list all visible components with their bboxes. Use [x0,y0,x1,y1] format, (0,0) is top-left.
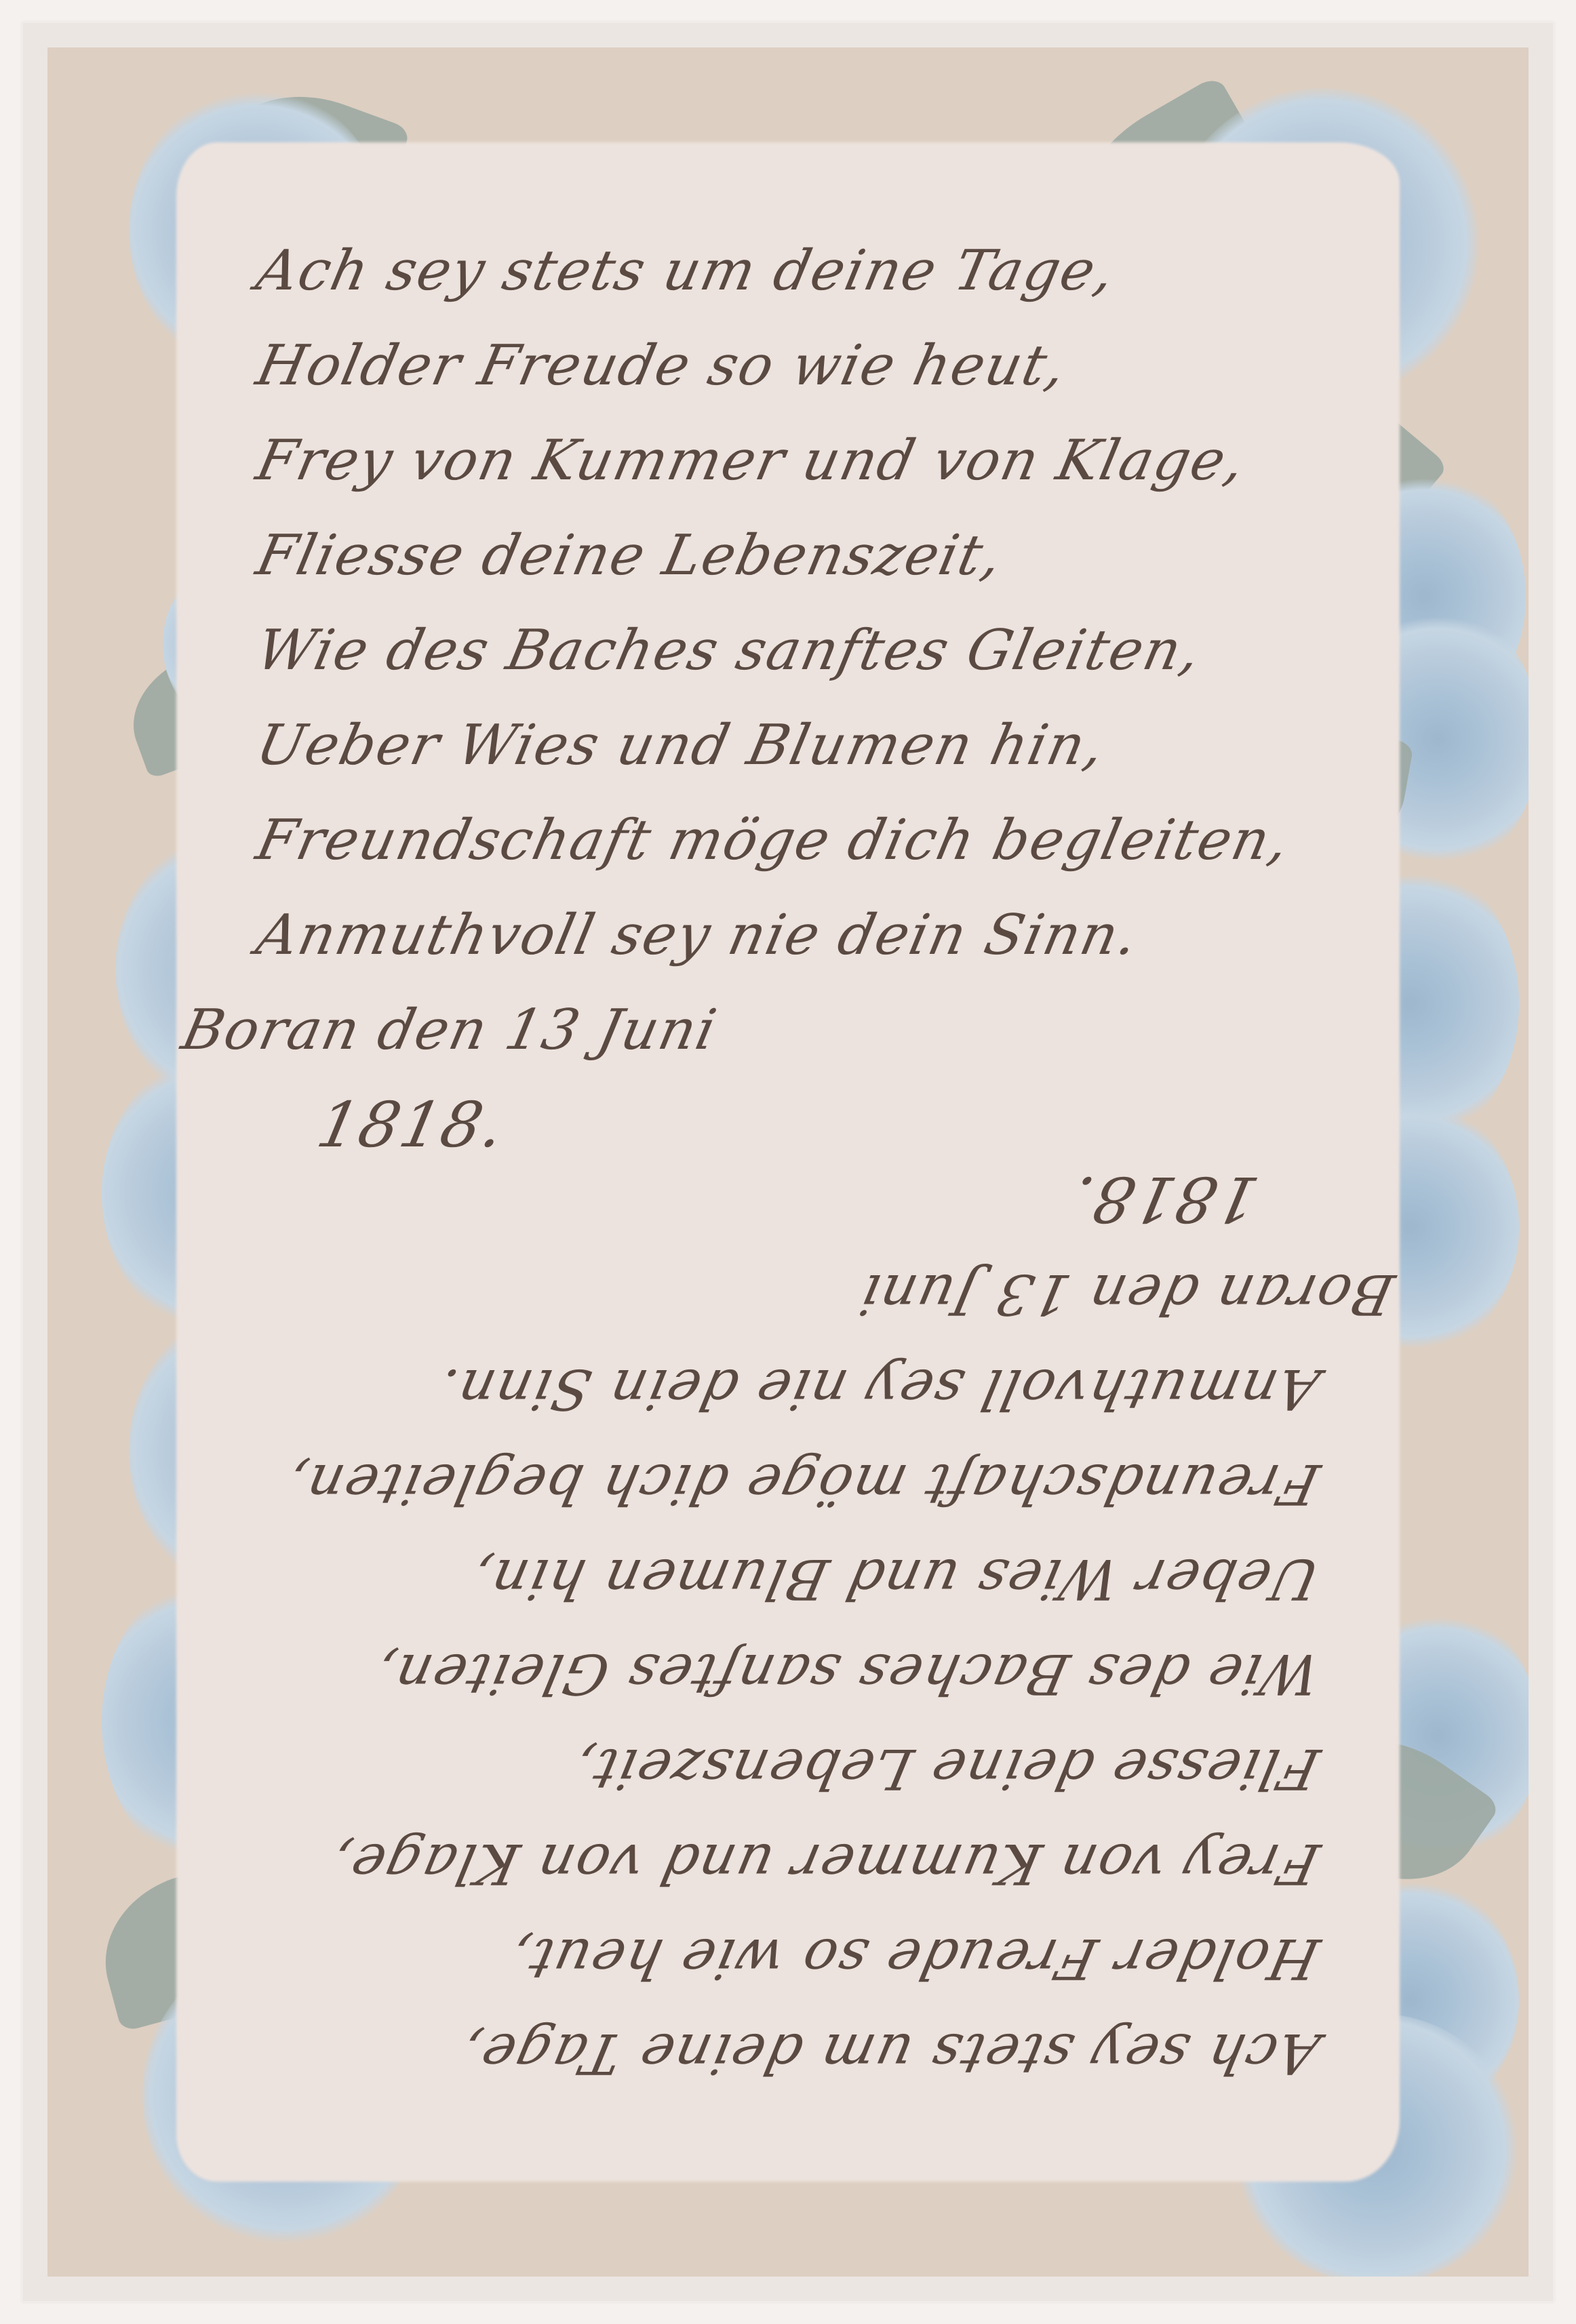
poem-line-3: Frey von Kummer und von Klage, [277,1816,1328,1910]
poem-line-4: Fliesse deine Lebenszeit, [277,1721,1328,1816]
poem-line-5: Wie des Baches sanftes Gleiten, [277,1626,1328,1721]
poem-date: Boran den 13 Juni [277,1246,1403,1341]
rug-border-field: Ach sey stets um deine Tage, Holder Freu… [47,47,1529,2277]
poem-line-2: Holder Freude so wie heut, [277,1910,1328,2005]
poem-line-1: Ach sey stets um deine Tage, [277,2005,1328,2100]
poem-inverted: Ach sey stets um deine Tage, Holder Freu… [288,1151,1318,2100]
poem-line-6: Ueber Wies und Blumen hin, [277,1531,1328,1626]
poem-line-8: Anmuthvoll sey nie dein Sinn. [277,1341,1328,1436]
poem-year: 1818. [277,1151,1267,1246]
poem-line-7: Freundschaft möge dich begleiten, [277,1436,1328,1531]
rug: Ach sey stets um deine Tage, Holder Freu… [20,20,1556,2304]
poem-inverted-wrapper: Ach sey stets um deine Tage, Holder Freu… [47,47,1529,2277]
